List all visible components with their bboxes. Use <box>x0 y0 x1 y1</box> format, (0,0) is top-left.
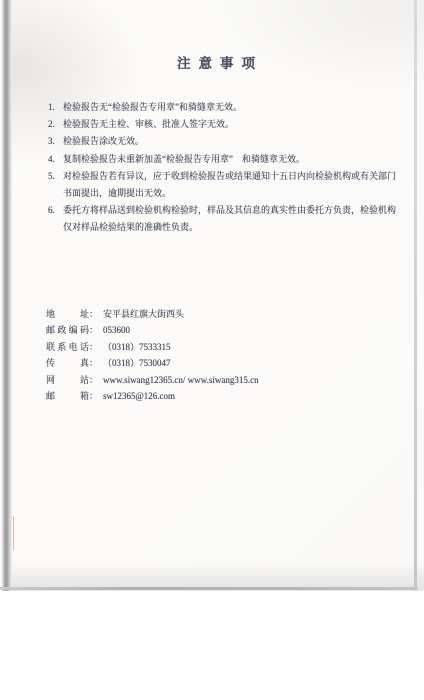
note-number: 3. <box>48 133 63 150</box>
contact-label: 邮箱 <box>46 388 89 404</box>
note-item: 3. 检验报告涂改无效。 <box>48 133 400 150</box>
contact-label: 邮政编码 <box>46 322 89 338</box>
contact-row-address: 地址：安平县红旗大街西头 <box>46 306 376 322</box>
contact-label: 联系电话 <box>46 339 89 355</box>
contact-separator: ： <box>89 388 98 404</box>
note-text: 对检验报告若有异议，应于收到检验报告或结果通知十五日内向检验机构或有关部门书面提… <box>63 168 400 202</box>
contact-value: www.siwang12365.cn/ www.siwang315.cn <box>98 372 259 388</box>
scanned-page: 注意事项 1. 检验报告无“检验报告专用章”和骑缝章无效。 2. 检验报告无主检… <box>0 0 424 591</box>
contact-row-postcode: 邮政编码：053600 <box>46 322 376 338</box>
contact-separator: ： <box>89 372 98 388</box>
note-text: 复制检验报告未重新加盖“检验报告专用章” 和骑缝章无效。 <box>63 151 400 168</box>
note-number: 2. <box>48 116 63 133</box>
note-item: 2. 检验报告无主检、审核、批准人签字无效。 <box>48 116 400 133</box>
contact-label: 网站 <box>46 372 89 388</box>
contact-value: sw12365@126.com <box>98 388 175 404</box>
scanner-left-edge <box>0 0 12 591</box>
note-number: 1. <box>48 99 63 116</box>
contact-label: 地址 <box>46 306 89 322</box>
scan-artifact-line <box>13 516 14 550</box>
note-number: 5. <box>48 168 63 202</box>
contact-value: 安平县红旗大街西头 <box>98 306 184 322</box>
note-item: 1. 检验报告无“检验报告专用章”和骑缝章无效。 <box>48 99 400 116</box>
contact-separator: ： <box>89 306 98 322</box>
contact-separator: ： <box>89 355 98 371</box>
note-item: 4. 复制检验报告未重新加盖“检验报告专用章” 和骑缝章无效。 <box>48 151 400 168</box>
contact-row-email: 邮箱：sw12365@126.com <box>46 388 376 404</box>
contact-row-fax: 传真：（0318）7530047 <box>46 355 376 371</box>
contact-value: （0318）7533315 <box>98 339 171 355</box>
note-text: 检验报告涂改无效。 <box>63 133 400 150</box>
contact-separator: ： <box>89 322 98 338</box>
notes-list: 1. 检验报告无“检验报告专用章”和骑缝章无效。 2. 检验报告无主检、审核、批… <box>48 99 400 237</box>
note-item: 6. 委托方将样品送到检验机构检验时，样品及其信息的真实性由委托方负责，检验机构… <box>48 202 400 236</box>
page-bottom-edge <box>0 587 418 590</box>
note-text: 检验报告无“检验报告专用章”和骑缝章无效。 <box>63 99 400 116</box>
contact-label: 传真 <box>46 355 89 371</box>
note-number: 6. <box>48 202 63 236</box>
contact-separator: ： <box>89 339 98 355</box>
contact-row-phone: 联系电话：（0318）7533315 <box>46 339 376 355</box>
note-text: 检验报告无主检、审核、批准人签字无效。 <box>63 116 400 133</box>
page-title: 注意事项 <box>0 52 424 72</box>
scanned-document-viewport: 注意事项 1. 检验报告无“检验报告专用章”和骑缝章无效。 2. 检验报告无主检… <box>0 0 424 700</box>
note-number: 4. <box>48 151 63 168</box>
note-text: 委托方将样品送到检验机构检验时，样品及其信息的真实性由委托方负责，检验机构仅对样… <box>63 202 400 236</box>
page-right-edge <box>414 0 417 589</box>
contact-block: 地址：安平县红旗大街西头 邮政编码：053600 联系电话：（0318）7533… <box>46 306 376 404</box>
contact-value: 053600 <box>98 322 130 338</box>
contact-row-website: 网站：www.siwang12365.cn/ www.siwang315.cn <box>46 372 376 388</box>
note-item: 5. 对检验报告若有异议，应于收到检验报告或结果通知十五日内向检验机构或有关部门… <box>48 168 400 202</box>
contact-value: （0318）7530047 <box>98 355 171 371</box>
